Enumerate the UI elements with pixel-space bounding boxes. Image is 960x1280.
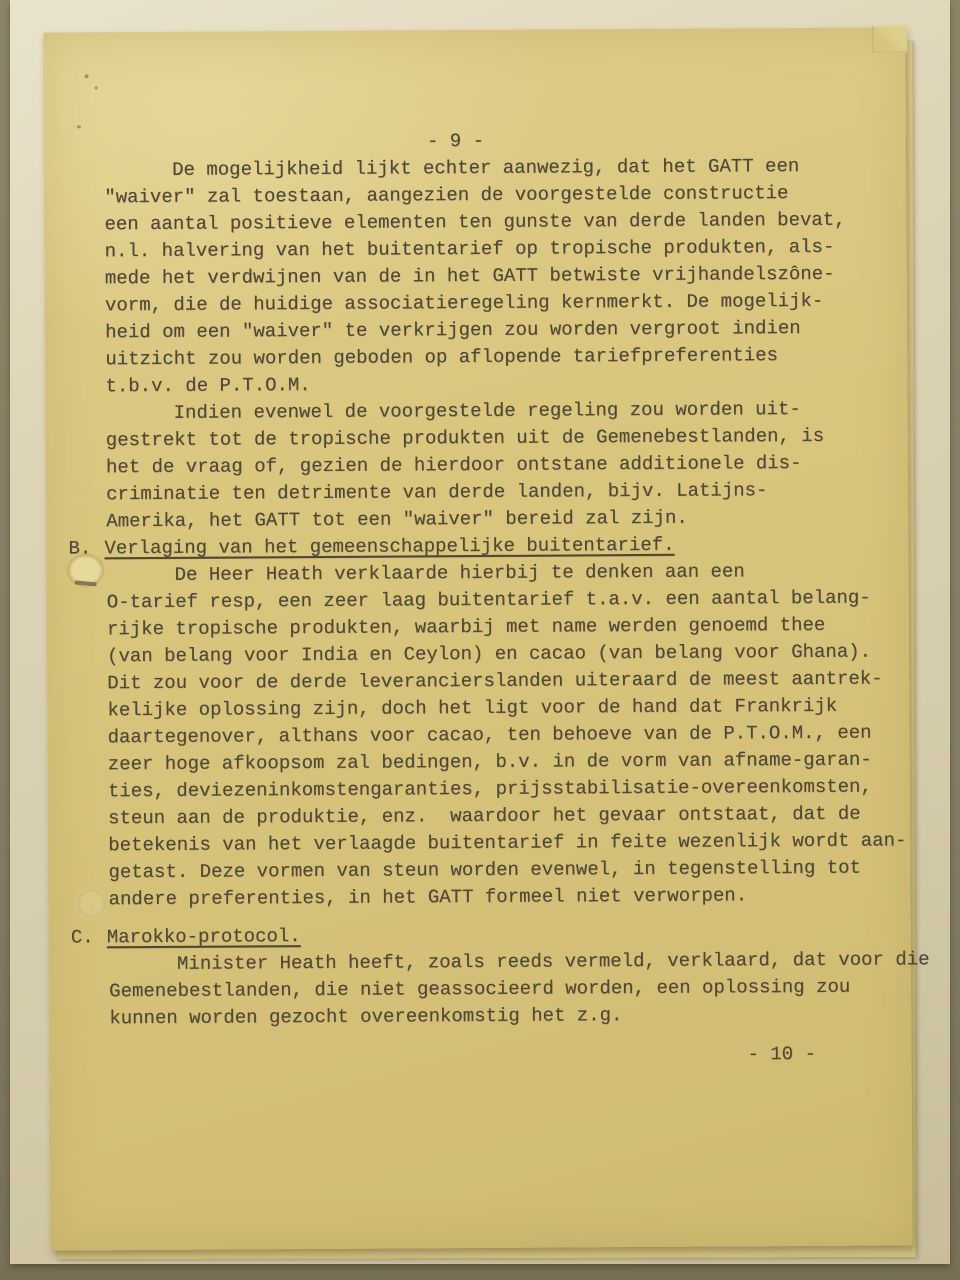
section-letter: B. [68,535,104,562]
text-line: getast. Deze vormen van steun worden eve… [48,854,910,886]
text-line: kunnen worden gezocht overeenkomstig het… [49,1000,911,1032]
section-letter: C. [71,924,107,951]
document-page: - 9 -De mogelijkheid lijkt echter aanwez… [43,27,912,1250]
page-corner-edge [872,25,907,52]
text-line: Gemenebestlanden, die niet geassocieerd … [49,973,911,1005]
page-number: - 10 - [49,1040,911,1072]
section-title: Verlaging van het gemeenschappelijke bui… [104,534,674,559]
text-line: het de vraag of, gezien de hierdoor onts… [46,449,908,481]
text-line: uitzicht zou worden geboden op aflopende… [45,341,907,373]
paper-speck [95,86,98,89]
text-line: andere preferenties, in het GATT formeel… [49,881,911,913]
paper-speck [85,74,89,78]
paper-speck [77,125,81,128]
text-block: - 9 -De mogelijkheid lijkt echter aanwez… [44,125,912,1072]
section-title: Marokko-protocol. [107,925,301,948]
scanned-document: - 9 -De mogelijkheid lijkt echter aanwez… [0,0,960,1280]
